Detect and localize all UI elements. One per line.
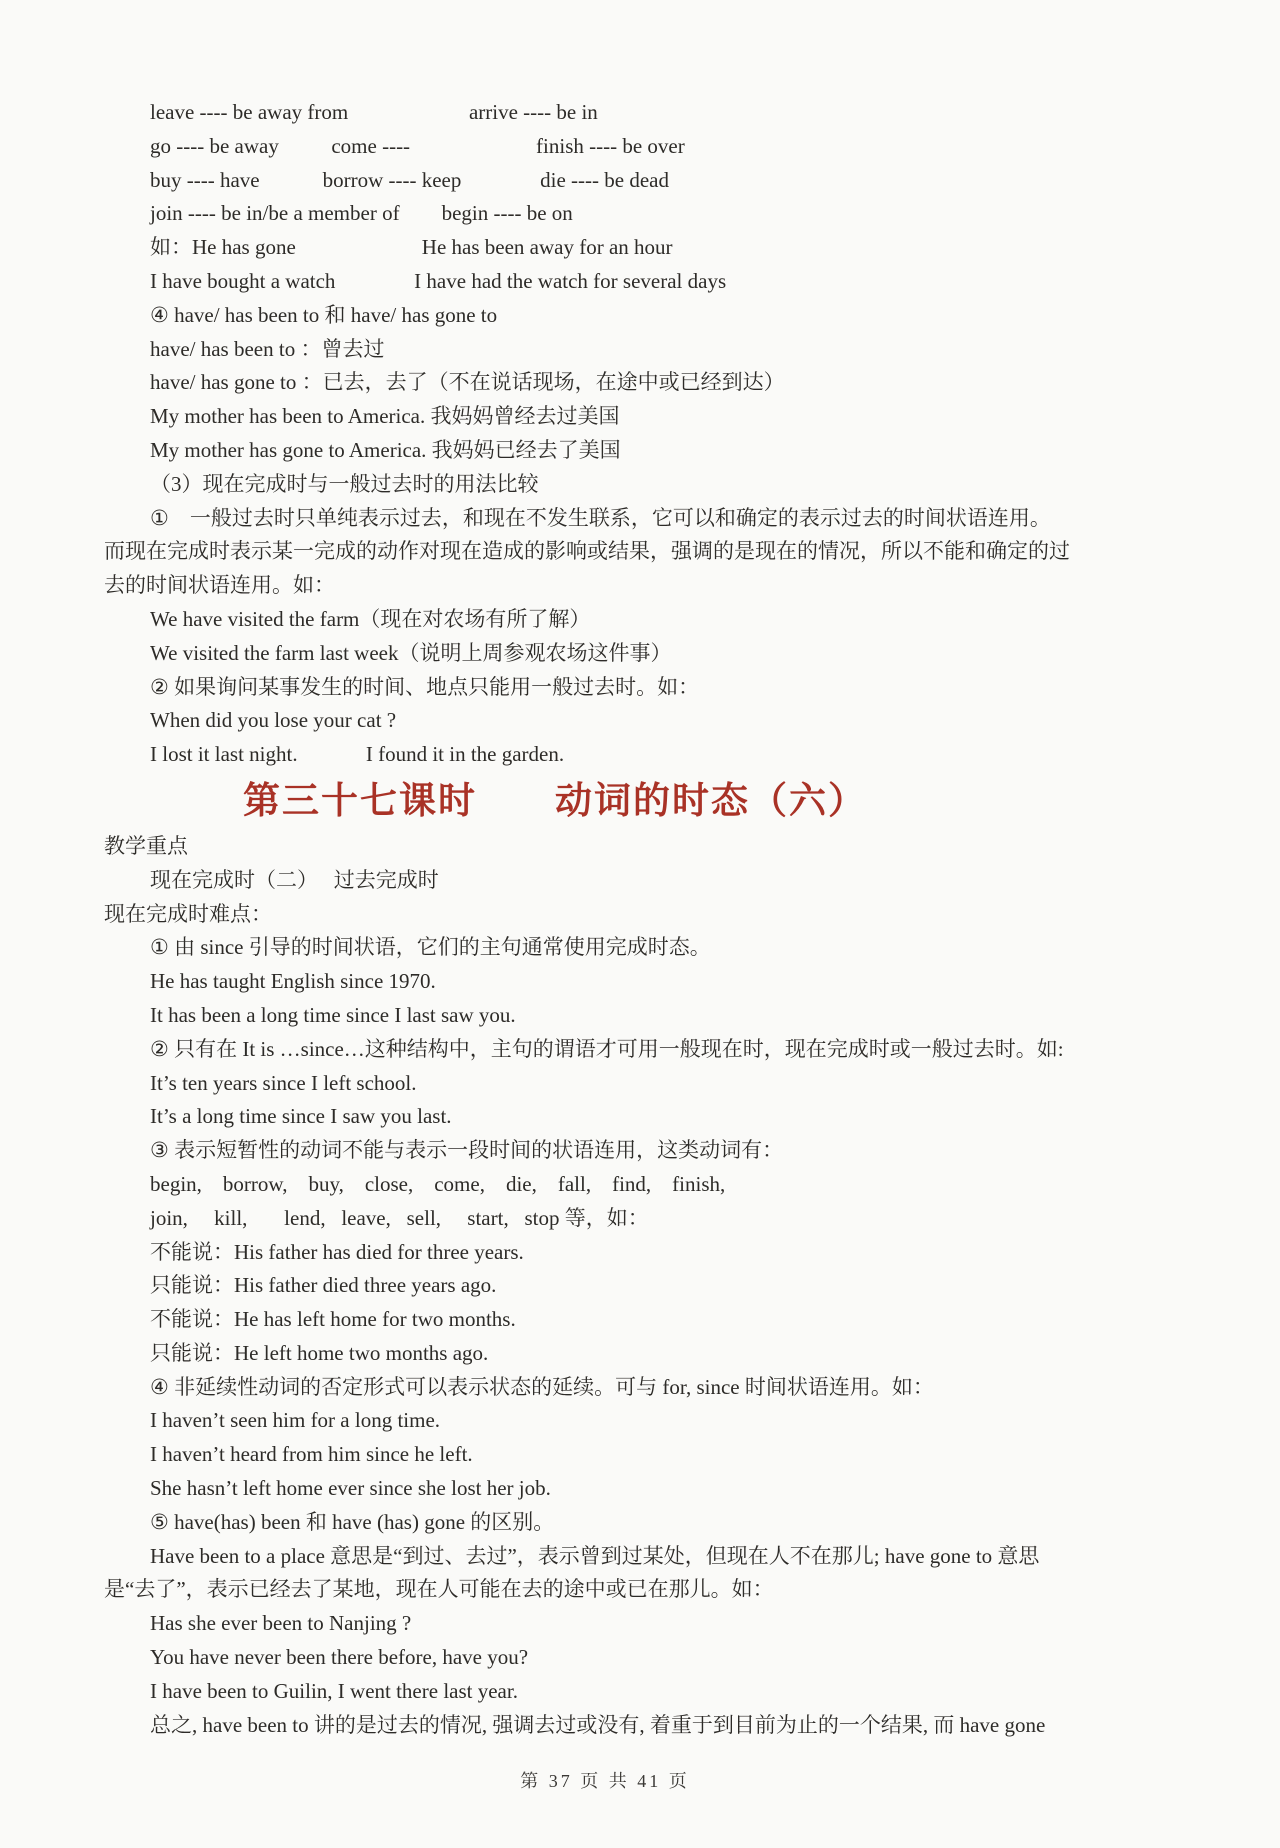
text-line: She hasn’t left home ever since she lost… <box>0 1472 1280 1506</box>
text-line: Has she ever been to Nanjing ? <box>0 1607 1280 1641</box>
text-line: 不能说：His father has died for three years. <box>0 1236 1280 1270</box>
text-line: It’s a long time since I saw you last. <box>0 1100 1280 1134</box>
text-line: We have visited the farm（现在对农场有所了解） <box>0 603 1280 637</box>
text-line: I have bought a watch I have had the wat… <box>0 265 1280 299</box>
text-line: ⑤ have(has) been 和 have (has) gone 的区别。 <box>0 1506 1280 1540</box>
text-line: ③ 表示短暂性的动词不能与表示一段时间的状语连用，这类动词有： <box>0 1134 1280 1168</box>
text-line: have/ has been to ：曾去过 <box>0 333 1280 367</box>
text-line: 教学重点 <box>0 830 1280 864</box>
text-line: go ---- be away come ---- finish ---- be… <box>0 130 1280 164</box>
text-line: You have never been there before, have y… <box>0 1641 1280 1675</box>
text-line: ① 由 since 引导的时间状语，它们的主句通常使用完成时态。 <box>0 931 1280 965</box>
text-line: I have been to Guilin, I went there last… <box>0 1675 1280 1709</box>
text-line: I haven’t seen him for a long time. <box>0 1404 1280 1438</box>
text-line: It has been a long time since I last saw… <box>0 999 1280 1033</box>
document-body: leave ---- be away from arrive ---- be i… <box>0 0 1280 1742</box>
text-line: 现在完成时难点： <box>0 898 1280 932</box>
text-line: It’s ten years since I left school. <box>0 1067 1280 1101</box>
section-lesson-37-notes: 教学重点现在完成时（二） 过去完成时现在完成时难点：① 由 since 引导的时… <box>0 830 1280 1743</box>
text-line: 而现在完成时表示某一完成的动作对现在造成的影响或结果，强调的是现在的情况，所以不… <box>0 535 1280 569</box>
text-line: leave ---- be away from arrive ---- be i… <box>0 96 1280 130</box>
page-number: 第 37 页 共 41 页 <box>0 1767 1210 1793</box>
document-page: leave ---- be away from arrive ---- be i… <box>0 0 1280 1848</box>
text-line: 是“去了”，表示已经去了某地，现在人可能在去的途中或已在那儿。如： <box>0 1573 1280 1607</box>
text-line: We visited the farm last week（说明上周参观农场这件… <box>0 637 1280 671</box>
text-line: I haven’t heard from him since he left. <box>0 1438 1280 1472</box>
text-line: 如：He has gone He has been away for an ho… <box>0 231 1280 265</box>
text-line: 只能说：His father died three years ago. <box>0 1269 1280 1303</box>
text-line: join, kill, lend, leave, sell, start, st… <box>0 1202 1280 1236</box>
text-line: buy ---- have borrow ---- keep die ---- … <box>0 164 1280 198</box>
text-line: ④ have/ has been to 和 have/ has gone to <box>0 299 1280 333</box>
text-line: ① 一般过去时只单纯表示过去，和现在不发生联系，它可以和确定的表示过去的时间状语… <box>0 502 1280 536</box>
text-line: 不能说：He has left home for two months. <box>0 1303 1280 1337</box>
text-line: ② 如果询问某事发生的时间、地点只能用一般过去时。如： <box>0 671 1280 705</box>
text-line: join ---- be in/be a member of begin ---… <box>0 197 1280 231</box>
text-line: My mother has gone to America. 我妈妈已经去了美国 <box>0 434 1280 468</box>
section-present-perfect-notes: leave ---- be away from arrive ---- be i… <box>0 96 1280 772</box>
text-line: I lost it last night. I found it in the … <box>0 738 1280 772</box>
text-line: ② 只有在 It is …since…这种结构中，主句的谓语才可用一般现在时，现… <box>0 1033 1280 1067</box>
text-line: My mother has been to America. 我妈妈曾经去过美国 <box>0 400 1280 434</box>
text-line: When did you lose your cat ? <box>0 704 1280 738</box>
text-line: 总之, have been to 讲的是过去的情况, 强调去过或没有, 着重于到… <box>0 1709 1280 1743</box>
text-line: 去的时间状语连用。如： <box>0 569 1280 603</box>
text-line: （3）现在完成时与一般过去时的用法比较 <box>0 468 1280 502</box>
text-line: Have been to a place 意思是“到过、去过”，表示曾到过某处，… <box>0 1540 1280 1574</box>
text-line: 只能说：He left home two months ago. <box>0 1337 1280 1371</box>
text-line: 现在完成时（二） 过去完成时 <box>0 864 1280 898</box>
text-line: He has taught English since 1970. <box>0 965 1280 999</box>
lesson-heading: 第三十七课时 动词的时态（六） <box>0 778 1280 826</box>
text-line: have/ has gone to ：已去，去了（不在说话现场，在途中或已经到达… <box>0 366 1280 400</box>
text-line: ④ 非延续性动词的否定形式可以表示状态的延续。可与 for, since 时间状… <box>0 1371 1280 1405</box>
text-line: begin, borrow, buy, close, come, die, fa… <box>0 1168 1280 1202</box>
